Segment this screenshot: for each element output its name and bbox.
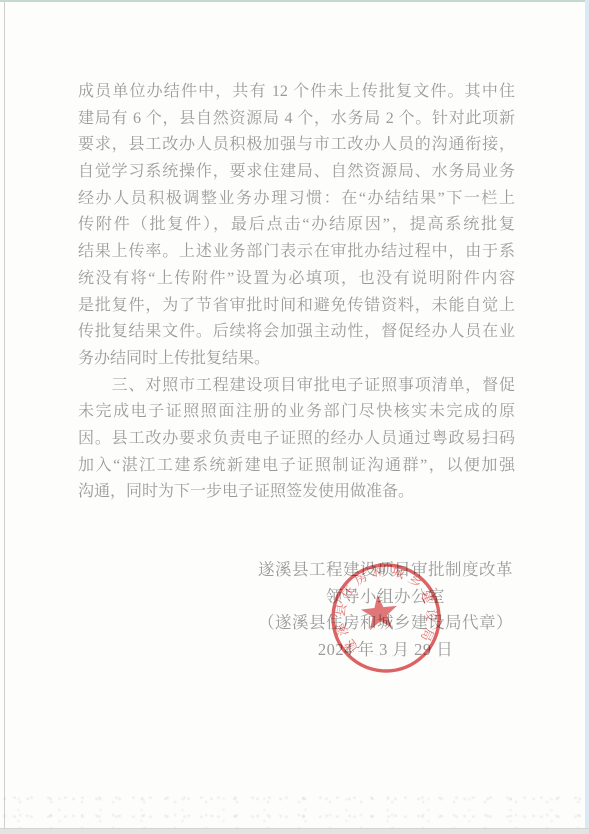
scan-edge-top [0,0,589,2]
body-line: 建局有 6 个，县自然资源局 4 个，水务局 2 个。针对此项新 [78,106,515,133]
body-text-block: 成员单位办结件中，共有 12 个件未上传批复文件。其中住 建局有 6 个，县自然… [78,79,515,506]
body-line: 务办结同时上传批复结果。 [78,346,515,373]
body-line: 要求，县工改办人员积极加强与市工改办人员的沟通衔接， [78,132,515,159]
body-line: 成员单位办结件中，共有 12 个件未上传批复文件。其中住 [78,79,515,106]
scan-edge-left [4,0,5,834]
body-line: 自觉学习系统操作，要求住建局、自然资源局、水务局业务 [78,159,515,186]
body-line: 传附件（批复件），最后点击“办结原因”，提高系统批复 [78,212,515,239]
scan-edge-bottom [0,828,589,834]
body-line: 三、对照市工程建设项目审批电子证照事项清单，督促 [78,373,515,400]
body-line: 结果上传率。上述业务部门表示在审批办结过程中，由于系 [78,239,515,266]
body-line: 因。县工改办要求负责电子证照的经办人员通过粤政易扫码 [78,426,515,453]
scan-edge-right [585,0,589,834]
official-seal: 遂溪县住房和城乡建设局 ············· [320,552,452,684]
body-line: 是批复件，为了节省审批时间和避免传错资料，未能自觉上 [78,293,515,320]
body-line: 传批复结果文件。后续将会加强主动性，督促经办人员在业 [78,319,515,346]
body-line: 沟通，同时为下一步电子证照签发使用做准备。 [78,479,515,506]
scanned-document-page: 成员单位办结件中，共有 12 个件未上传批复文件。其中住 建局有 6 个，县自然… [0,0,589,834]
body-line: 经办人员积极调整业务办理习惯：在“办结结果”下一栏上 [78,186,515,213]
body-line: 加入“湛江工建系统新建电子证照制证沟通群”，以便加强 [78,453,515,480]
body-line: 未完成电子证照照面注册的业务部门尽快核实未完成的原 [78,399,515,426]
seal-star-icon [360,593,400,631]
svg-text:·············: ············· [369,648,411,662]
body-line: 统没有将“上传附件”设置为必填项，也没有说明附件内容 [78,266,515,293]
scan-noise-band [0,793,589,829]
seal-code-marks: ············· [369,648,411,662]
